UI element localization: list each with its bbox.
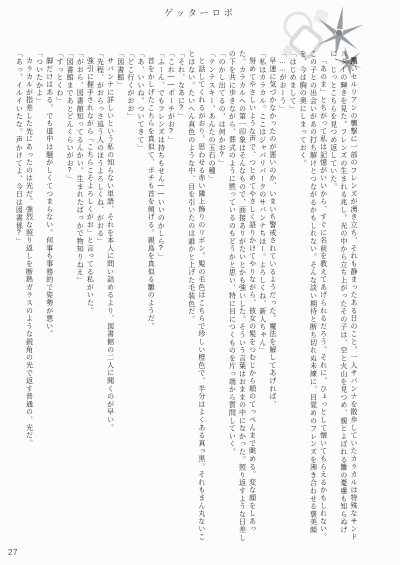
narration-line: サバンナに詳しいという私の知らない単語、それを本人に問い詰めるより、図書館の二人… bbox=[104, 50, 114, 548]
dialogue-line: 「図書館」 bbox=[115, 50, 125, 548]
page-number: 27 bbox=[8, 548, 18, 557]
narration-line: と話してくれるがおり。思わせる赤い隣上飾りのリボン。髪の毛色はこちらで珍しい橙色… bbox=[186, 50, 206, 548]
dialogue-line: 「どこ行くがおお」 bbox=[125, 50, 135, 548]
dialogue-line: 「先程、がおらっさ追う人のほうよろしくね、がおる」 bbox=[94, 50, 104, 548]
narration-line: 「あのま」とちがって私は記憶がいいから、すぐに名前を教えてあげられるだろう。それ… bbox=[297, 50, 327, 548]
dialogue-line: 「はじめまして」 bbox=[287, 50, 297, 548]
narration-line: 黒いセルリアンの襲撃に一部のフレンズが湧き立ち、それも静まったある日のこと。一人… bbox=[328, 50, 358, 548]
dialogue-line: 「テンテスキー、あんたの玉石の種」 bbox=[206, 50, 216, 548]
dialogue-line: 「図書館まであとどんくらいがお?」 bbox=[64, 50, 74, 548]
narration-line: 脚だけはある。でも道中は騒がしくてつまらない。何事も事務的で姿勢が悪い。 bbox=[44, 50, 54, 548]
dialogue-line: 「それ、なあに?」 bbox=[175, 50, 185, 548]
dialogue-line: 「これ——ポーチがお?」 bbox=[165, 50, 175, 548]
narration-line: 努めてやさしいような声で、つとめてやさしく語りかけてやりながら、彼女の髪をつむじ… bbox=[226, 50, 256, 548]
narration-line: 早速に気づかなかったのが悪いのか、いまいち警戒されているようだった。魔法を解して… bbox=[267, 50, 277, 548]
dialogue-line: 「ついたかよ」 bbox=[34, 50, 44, 548]
narration-line: カラカルが指差した先にあったのは光だ。強烈な照り返しを断熱ガラスのような鋭角の光… bbox=[23, 50, 33, 548]
lead-character: 黒 bbox=[350, 57, 357, 65]
body-text: 黒いセルリアンの襲撃に一部のフレンズが湧き立ち、それも静まったある日のこと。一人… bbox=[14, 50, 358, 548]
dialogue-line: 「あっ、イルイいたな。声かけてよ、今日は図書係?」 bbox=[14, 50, 23, 548]
book-page: ゲッターロボ 黒いセルリアンの襲撃に一部のフレンズが湧き立 bbox=[0, 0, 400, 565]
dialogue-line: 「あ、いいね。ついてきて」 bbox=[135, 50, 145, 548]
small-square-shape bbox=[313, 8, 329, 24]
dialogue-line: 「のかし出てるの、は何かお?」 bbox=[216, 50, 226, 548]
dialogue-line: 「がおら、図書館知ってるんかい。生まれたばっかで物知りねえ」 bbox=[74, 50, 84, 548]
dialogue-line: 「ふーん、でもフレンズは持ちもせん——いいのかしら?」 bbox=[155, 50, 165, 548]
dialogue-line: 「ずっとくわ」 bbox=[54, 50, 64, 548]
narration-line: 首をかしげたこちらを真似て、ポチも首を傾げる。親鳥を真似る雛のようだ。 bbox=[145, 50, 155, 548]
narration-line: 強引に握手されながら「こちらこそよろしくがお」と言ってる私がいた。 bbox=[84, 50, 94, 548]
dialogue-line: 「私はカラカル。ここはジャパリパークのサバンナちほー。よろしくね、新人ちゃん」 bbox=[257, 50, 267, 548]
dialogue-line: 「……がおーう」 bbox=[277, 50, 287, 548]
